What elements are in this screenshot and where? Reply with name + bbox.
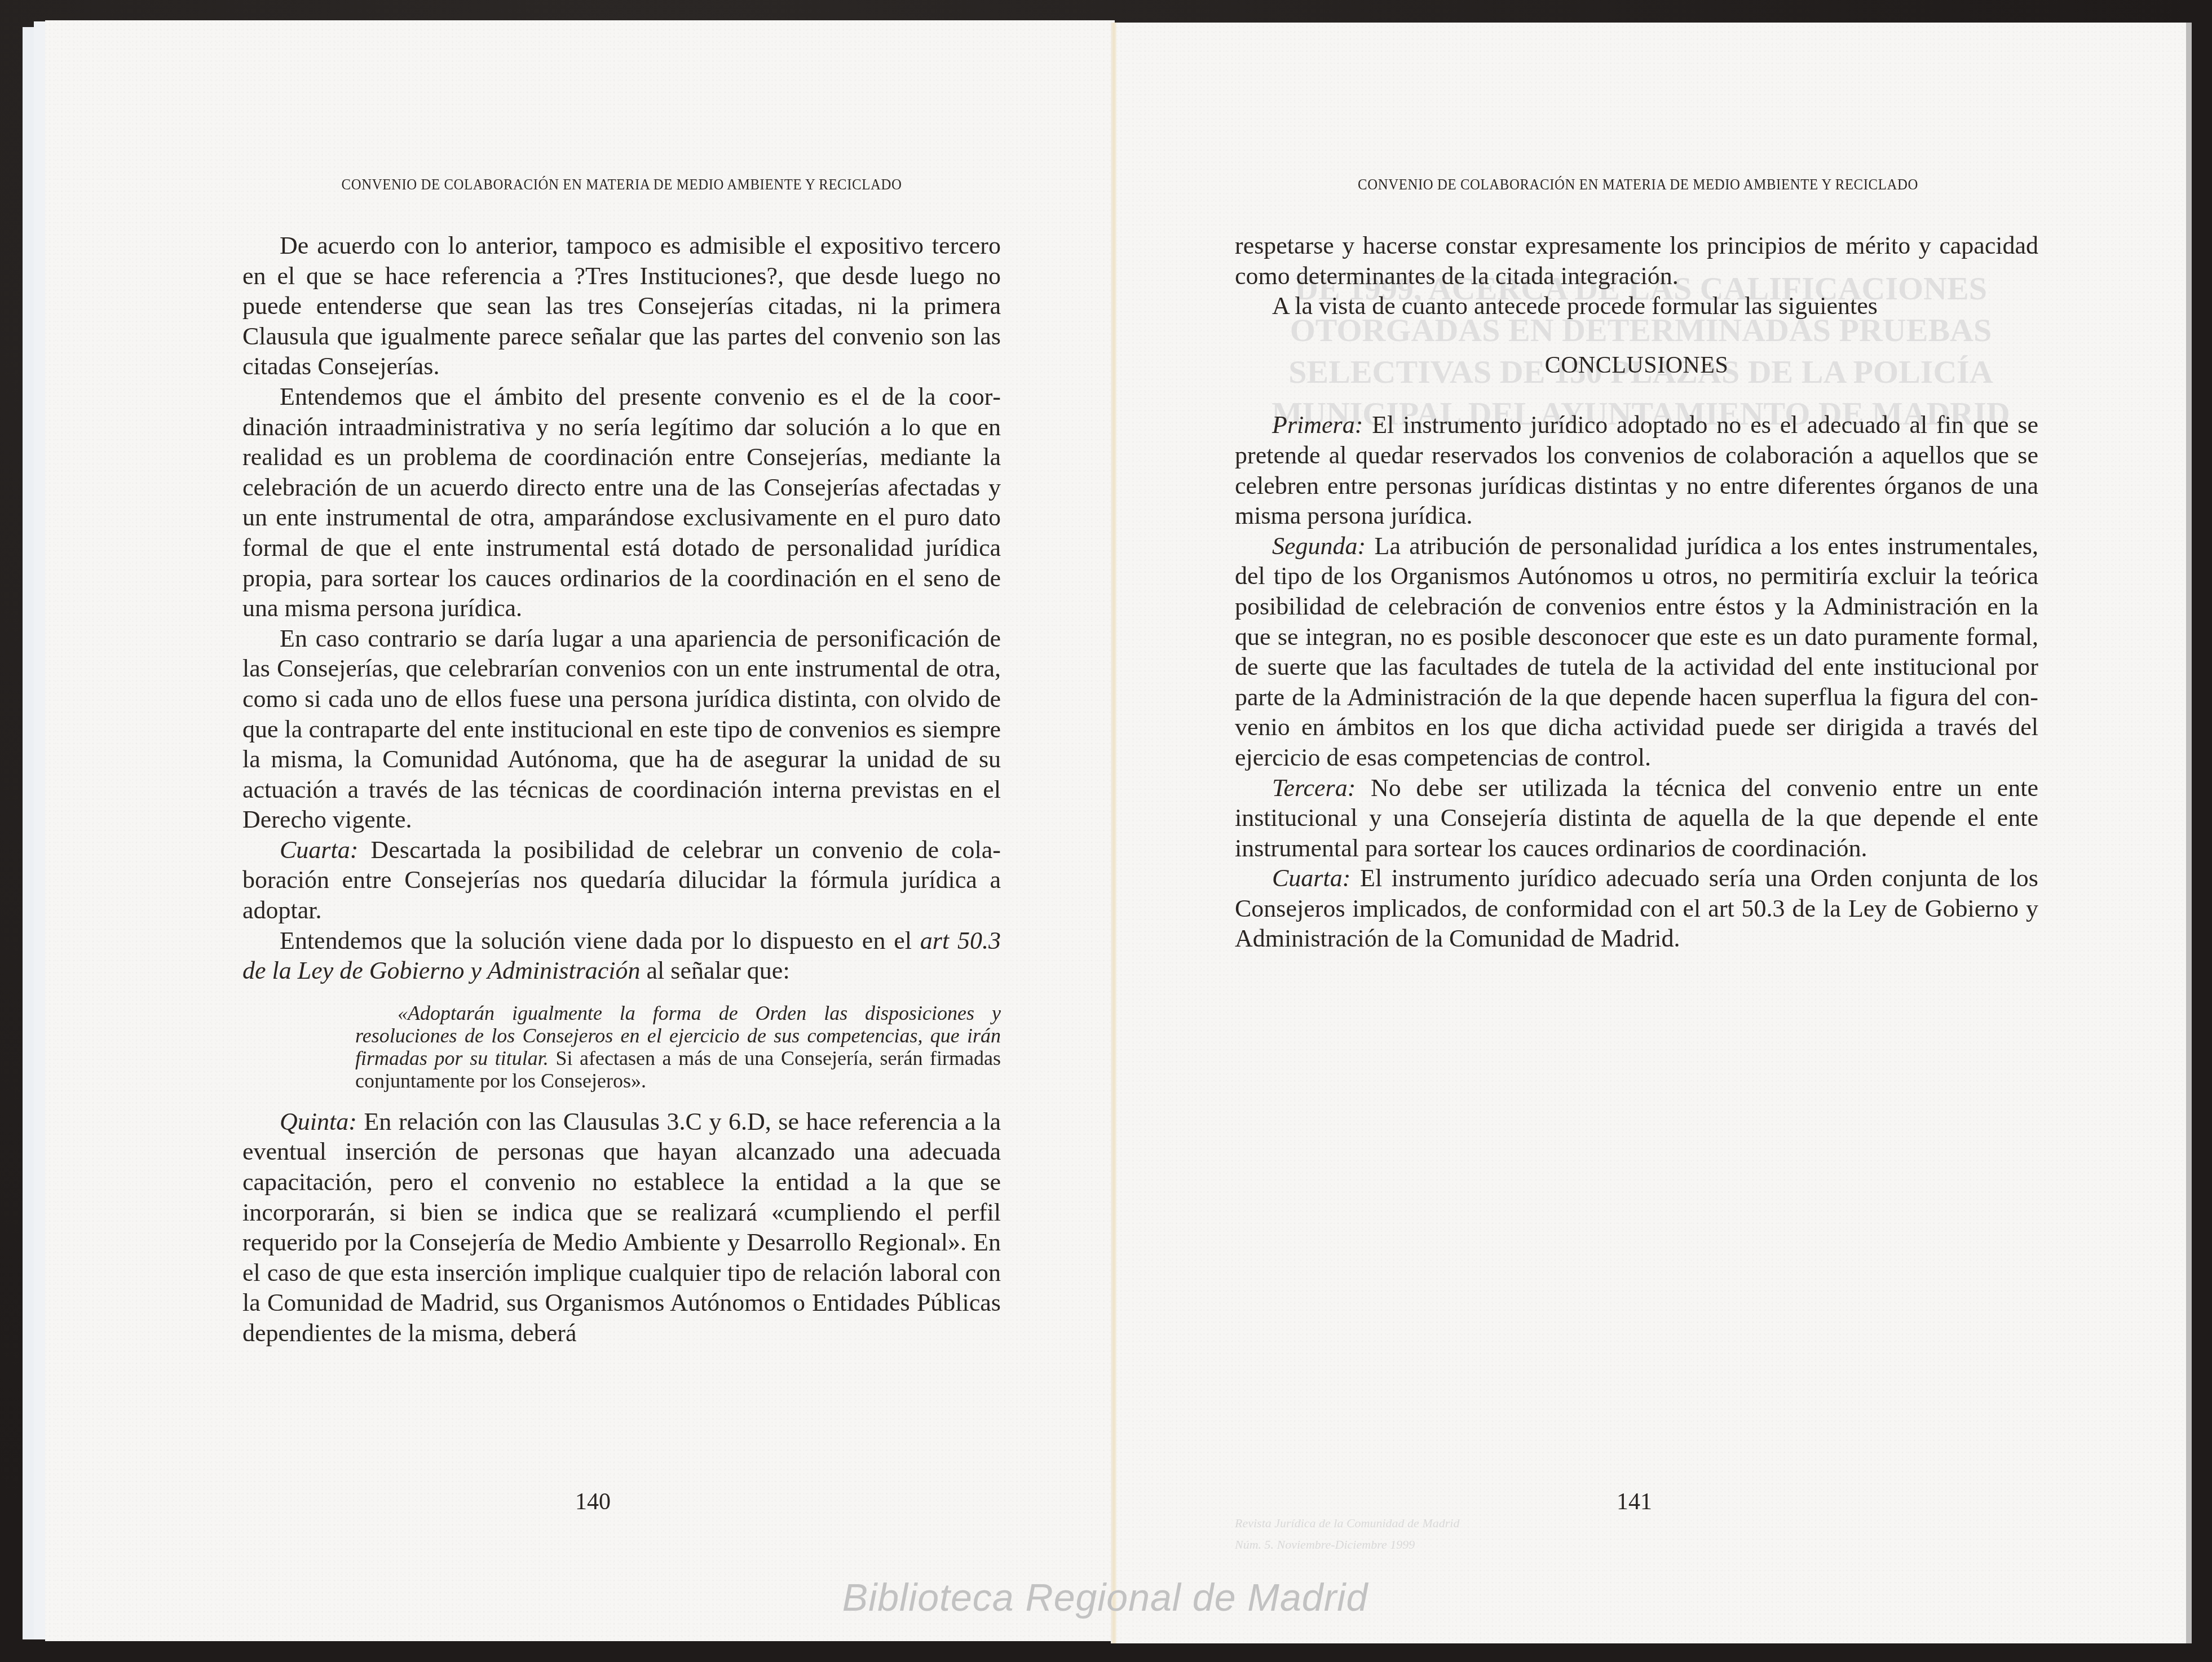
paragraph: Entendemos que el ámbito del presente co…: [242, 382, 1001, 624]
paragraph: De acuerdo con lo anterior, tampoco es a…: [242, 231, 1001, 382]
running-header-right: CONVENIO DE COLABORACIÓN EN MATERIA DE M…: [1270, 176, 2006, 193]
paragraph-quinta: Quinta: En relación con las Clausulas 3.…: [242, 1107, 1001, 1349]
conclusion-label: Segunda:: [1272, 532, 1366, 560]
section-heading: CONCLUSIONES: [1235, 351, 2038, 381]
conclusion-label: Cuarta:: [1272, 864, 1350, 892]
paragraph-text: Entendemos que la solución viene dada po…: [280, 927, 920, 954]
page-number-right: 141: [1617, 1488, 1652, 1515]
library-watermark: Biblioteca Regional de Madrid: [812, 1576, 1398, 1620]
conclusion-primera: Primera: El instrumento jurídico adoptad…: [1235, 410, 2038, 531]
conclusion-label: Tercera:: [1272, 774, 1356, 802]
conclusion-text: La atribución de personalidad jurídica a…: [1235, 532, 2038, 771]
left-page-body: De acuerdo con lo anterior, tampoco es a…: [242, 231, 1001, 1349]
conclusion-text: El instrumento jurídico adecuado sería u…: [1235, 864, 2038, 952]
right-page-body: respetarse y hacerse constar expresament…: [1235, 231, 2038, 954]
page-number-left: 140: [575, 1488, 611, 1515]
paragraph-text: al señalar que:: [641, 957, 790, 984]
conclusion-label: Primera:: [1272, 411, 1363, 439]
paragraph-text: En relación con las Clausulas 3.C y 6.D,…: [242, 1108, 1001, 1347]
conclusion-text: No debe ser utilizada la técnica del con…: [1235, 774, 2038, 862]
paragraph-label: Quinta:: [280, 1108, 357, 1135]
paragraph: En caso contrario se daría lugar a una a…: [242, 624, 1001, 835]
running-header-left: CONVENIO DE COLABORACIÓN EN MATERIA DE M…: [273, 176, 970, 193]
paragraph-intro: A la vista de cuanto antecede procede fo…: [1235, 291, 2038, 321]
paragraph: Entendemos que la solución viene dada po…: [242, 926, 1001, 986]
conclusion-cuarta: Cuarta: El instrumento jurídico adecuado…: [1235, 863, 2038, 954]
conclusion-segunda: Segunda: La atribución de personalidad j…: [1235, 531, 2038, 773]
paragraph-label: Cuarta:: [280, 836, 358, 864]
paragraph-continuation: respetarse y hacerse constar expresament…: [1235, 231, 2038, 291]
conclusion-tercera: Tercera: No debe ser utilizada la técnic…: [1235, 773, 2038, 864]
paragraph-cuarta: Cuarta: Descartada la posibilidad de cel…: [242, 835, 1001, 926]
block-quote: «Adoptarán igualmente la forma de Orden …: [355, 1002, 1001, 1092]
